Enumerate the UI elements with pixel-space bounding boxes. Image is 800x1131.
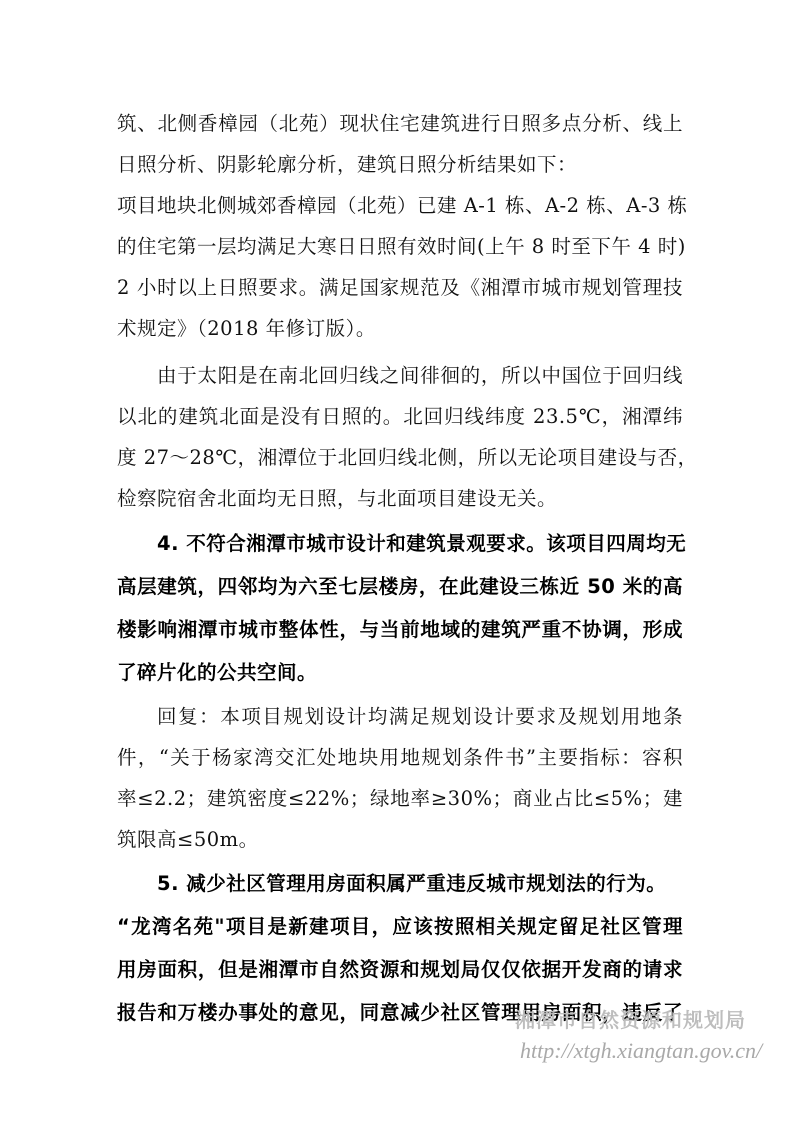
text-line: 检察院宿舍北面均无日照，与北面项目建设无关。 <box>117 485 683 513</box>
text-line: 率≤2.2；建筑密度≤22%；绿地率≥30%；商业占比≤5%；建 <box>117 785 683 813</box>
text-line: 日照分析、阴影轮廓分析，建筑日照分析结果如下： <box>117 151 683 179</box>
text-line: 筑、北侧香樟园（北苑）现状住宅建筑进行日照多点分析、线上 <box>117 110 683 138</box>
document-page: 筑、北侧香樟园（北苑）现状住宅建筑进行日照多点分析、线上 日照分析、阴影轮廓分析… <box>0 0 800 1131</box>
text-line: 2 小时以上日照要求。满足国家规范及《湘潭市城市规划管理技 <box>117 274 683 302</box>
text-line: 了碎片化的公共空间。 <box>117 659 683 687</box>
text-line: 的住宅第一层均满足大寒日日照有效时间(上午 8 时至下午 4 时) <box>117 233 683 261</box>
reply-text: 回复：本项目规划设计均满足规划设计要求及规划用地条 <box>157 703 683 731</box>
text-line: 件，“关于杨家湾交汇处地块用地规划条件书”主要指标：容积 <box>117 744 683 772</box>
watermark-agency-name: 湘潭市自然资源和规划局 <box>515 1004 746 1033</box>
text-line: 项目地块北侧城郊香樟园（北苑）已建 A-1 栋、A-2 栋、A-3 栋 <box>117 192 683 220</box>
text-line: 以北的建筑北面是没有日照的。北回归线纬度 23.5℃，湘潭纬 <box>117 403 683 431</box>
text-line: 楼影响湘潭市城市整体性，与当前地域的建筑严重不协调，形成 <box>117 616 683 644</box>
section-heading-5: 5. 减少社区管理用房面积属严重违反城市规划法的行为。 <box>157 870 683 898</box>
section-heading-4: 4. 不符合湘潭市城市设计和建筑景观要求。该项目四周均无 <box>157 530 683 558</box>
text-line: “龙湾名苑"项目是新建项目，应该按照相关规定留足社区管理 <box>117 913 683 941</box>
text-line: 术规定》（2018 年修订版）。 <box>117 315 683 343</box>
text-line: 由于太阳是在南北回归线之间徘徊的，所以中国位于回归线 <box>157 362 683 390</box>
text-line: 高层建筑，四邻均为六至七层楼房，在此建设三栋近 50 米的高 <box>117 573 683 601</box>
watermark-url: http://xtgh.xiangtan.gov.cn/ <box>520 1038 762 1064</box>
text-line: 用房面积，但是湘潭市自然资源和规划局仅仅依据开发商的请求 <box>117 956 683 984</box>
text-line: 筑限高≤50m。 <box>117 826 683 854</box>
text-line: 度 27～28℃，湘潭位于北回归线北侧，所以无论项目建设与否， <box>117 444 683 472</box>
